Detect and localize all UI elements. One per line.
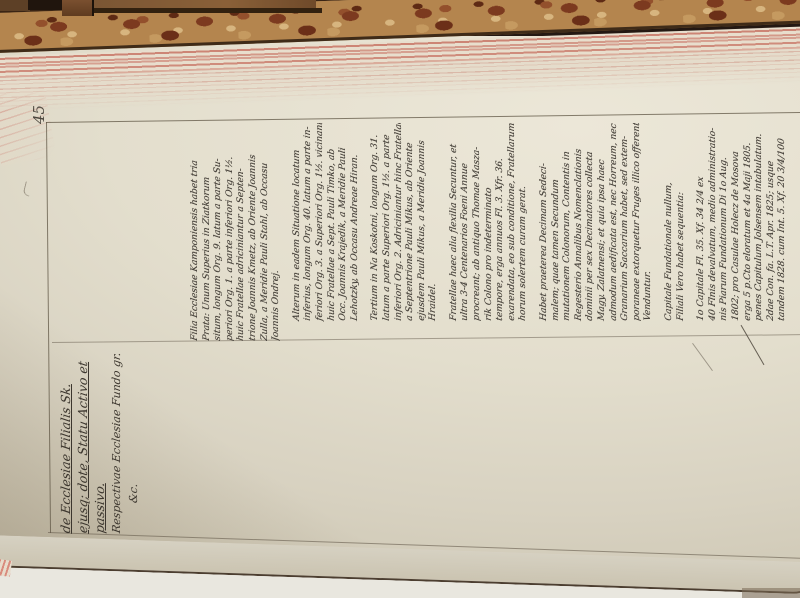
handwritten-line: Lehotzky, ab Occasu Andreae Hiran. [350,123,362,341]
spine-shadow [28,0,64,10]
handwritten-line: Granarium Saccarium habet, sed extem- [620,123,632,341]
handwritten-line: Habet praeterea Decimam Sedeci- [539,123,551,341]
sidebar-heading-line: passivo. [91,380,108,534]
handwritten-line: 40 Flnis devalvatum, medio administratio… [708,123,720,341]
handwritten-line: a Septentrione Pauli Mikus, ab Oriente [405,123,417,341]
handwritten-line: erga 5 p.Cto eloratum et 4a Maji 1805. [743,123,755,341]
handwritten-line: procreant; ab antiquo Thomae Masza- [472,123,484,341]
body-paragraph: Habet praeterea Decimam Sedeci-malem; qu… [539,123,655,341]
handwritten-line: malem; quae tamen Secundum [551,123,563,341]
handwritten-line: nis Piarum Fundationum Di 1o Aug. [719,123,731,341]
handwritten-line: Occ. Joannis Krajedik, a Meridie Pauli [338,123,350,341]
handwritten-line: poraneae extorquetur Fruges illico offer… [632,123,644,341]
sidebar-heading-line: ejusq; dote, Statu Activo et [74,380,91,534]
handwritten-line: Magy. Zalatnensi; et quia ipsa haec [597,123,609,341]
handwritten-line: Prata: Unum Superius in Ziatkorum [202,123,214,341]
handwritten-line: latum a parte Superiori Org. 1½. a parte [382,123,394,341]
handwritten-line: tandem 1828. cum Int. 5. Xf. 20 3/4/100 [777,123,789,341]
body-paragraph: Tertium in Na Koskotni, longum Org. 31.l… [370,123,440,341]
handwritten-line: rik Colono pro indeterminato [484,123,496,341]
handwritten-line: ultra 3-4 Centenarios Foeni Annue [460,123,472,341]
handwritten-line: Filia Ecclesiae Kamponiensis habet tria [190,123,202,341]
handwritten-line: Tertium in Na Koskotni, longum Org. 31. [370,123,382,341]
handwritten-line: exarendata, eo sub conditione, Fratellar… [507,123,519,341]
sidebar-heading-line: &c. [125,380,142,504]
handwritten-line: huic Fratellae adriciniantur a Septen- [236,123,248,341]
handwritten-line: mutationem Colonorum, Contentis in [562,123,574,341]
handwritten-line: Joannis Ondrej. [271,123,283,341]
handwritten-line: huic Fratellae a Sept. Pauli Timko, ab [327,123,339,341]
handwritten-line: 1o Capitale Fl. 35. Xf. 34 2/4 ex [696,123,708,341]
handwritten-line: Filiali Vero habet sequentia: [676,123,688,341]
handwritten-line: Venduntur. [643,123,655,341]
handwritten-line: Hraidel. [428,123,440,341]
handwritten-line: inferiori Org. 2. Adriciniantur hinc Fra… [394,123,406,341]
handwritten-line: Regesterio Annalibus Nomenclationis [574,123,586,341]
handwritten-line: Alterum in eadem Situatione locatum [292,123,304,341]
handwritten-line: horum solertem curam gerat. [518,123,530,341]
bottom-right-shadow [742,588,800,598]
body-paragraph: Fratellae haec alia flexilia Secuntur, e… [449,123,530,341]
handwritten-line: Fratellae haec alia flexilia Secuntur, e… [449,123,461,341]
spine-fragment [0,0,30,11]
cover-board-shadow [94,8,322,13]
sidebar-heading-line: Respectivae Ecclesiae Fundo gr. [108,380,125,534]
handwritten-line: tempore, erga annuos Fl. 3. Xfr. 36. [495,123,507,341]
handwritten-line: admodum aedificata est, nec Horreum, nec [609,123,621,341]
handwritten-line: Zulla, a Meridie Pauli Stahl, ab Occasu [260,123,272,341]
handwritten-line: periori Org. 1. a parte inferiori Org. 1… [225,123,237,341]
sidebar-heading: de Ecclesiae Filialis Sk.ejusq; dote, St… [57,381,149,533]
handwritten-line: dominii per sex Decimatores collecta [585,123,597,341]
body-paragraph: Filia Ecclesiae Kamponiensis habet triaP… [190,123,283,341]
body-paragraph: Alterum in eadem Situatione locatuminfer… [292,123,362,341]
handwritten-line: 1802; pro Casulae Holecz de Mosova [731,123,743,341]
handwritten-line: penes Capitulum Jolsensem intabulatum. [754,123,766,341]
handwritten-line: feriori Org. 3. a Superiori Org. 1½. vic… [315,123,327,341]
body-text: Filia Ecclesiae Kamponiensis habet triaP… [190,123,800,341]
body-paragraph: 1o Capitale Fl. 35. Xf. 34 2/4 ex40 Flni… [696,123,789,341]
handwritten-line: situm, longum Org. 9. latum a parte Su- [213,123,225,341]
handwritten-line: Capitale Fundationale nullum, [664,123,676,341]
sidebar-heading-line: de Ecclesiae Filialis Sk. [57,380,74,534]
handwritten-line: trione Joannis Kmetz, ab Oriente Joannis [248,123,260,341]
handwritten-line: 2dae Con. fa. L.T. Apr. 1825; usque [766,123,778,341]
handwritten-line: inferius, longum Org. 40. latum a parte … [303,123,315,341]
handwritten-line: ejusdem Pauli Mikus, a Meridie Joannis [417,123,429,341]
body-paragraph: Capitale Fundationale nullum,Filiali Ver… [664,123,687,341]
wooden-corner-block [62,0,94,16]
manuscript-photo: 45 de Ecclesiae Filialis Sk.ejusq; dote,… [0,0,800,598]
